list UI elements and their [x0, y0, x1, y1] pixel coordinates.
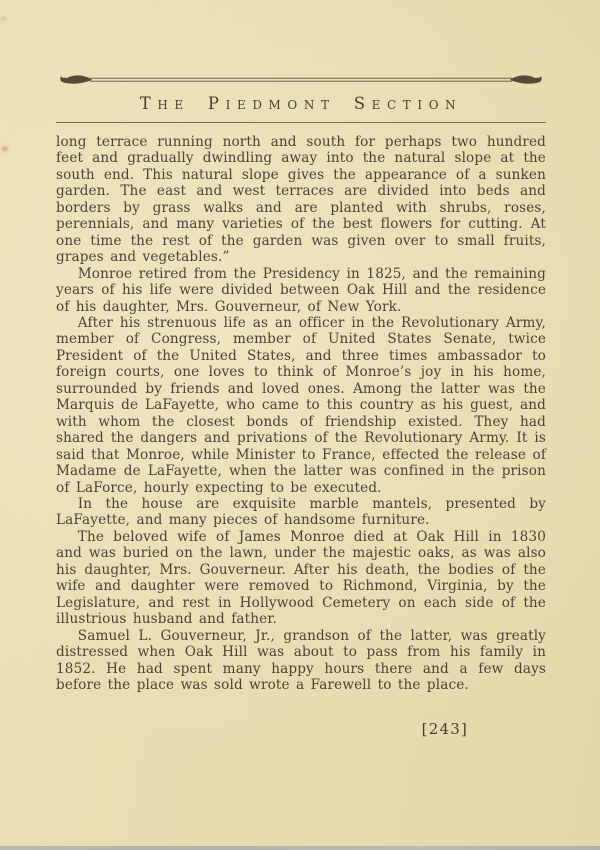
scroll-ornament-left	[60, 75, 92, 83]
page-content: ThePiedmontSection long terrace running …	[56, 70, 546, 738]
page-number: [243]	[56, 720, 546, 738]
scroll-ornament-right	[510, 75, 542, 83]
title-rule	[56, 122, 546, 123]
page-title: ThePiedmontSection	[56, 94, 546, 113]
paragraph: The beloved wife of James Monroe died at…	[56, 529, 546, 628]
scan-edge	[0, 846, 600, 850]
paragraph: long terrace running north and south for…	[56, 134, 546, 266]
ornamental-rule	[56, 70, 546, 90]
paragraph: Monroe retired from the Presidency in 18…	[56, 266, 546, 315]
page-title-word: Section	[354, 94, 463, 113]
scan-blemish	[1, 16, 6, 21]
paragraph: Samuel L. Gouverneur, Jr., grandson of t…	[56, 628, 546, 694]
scan-blemish	[2, 146, 8, 152]
page-title-word: The	[140, 94, 190, 113]
paragraph: After his strenuous life as an officer i…	[56, 315, 546, 496]
page-title-word: Piedmont	[208, 94, 336, 113]
book-page: ThePiedmontSection long terrace running …	[0, 0, 600, 850]
paragraph: In the house are exquisite marble mantel…	[56, 496, 546, 529]
body-text: long terrace running north and south for…	[56, 134, 546, 693]
